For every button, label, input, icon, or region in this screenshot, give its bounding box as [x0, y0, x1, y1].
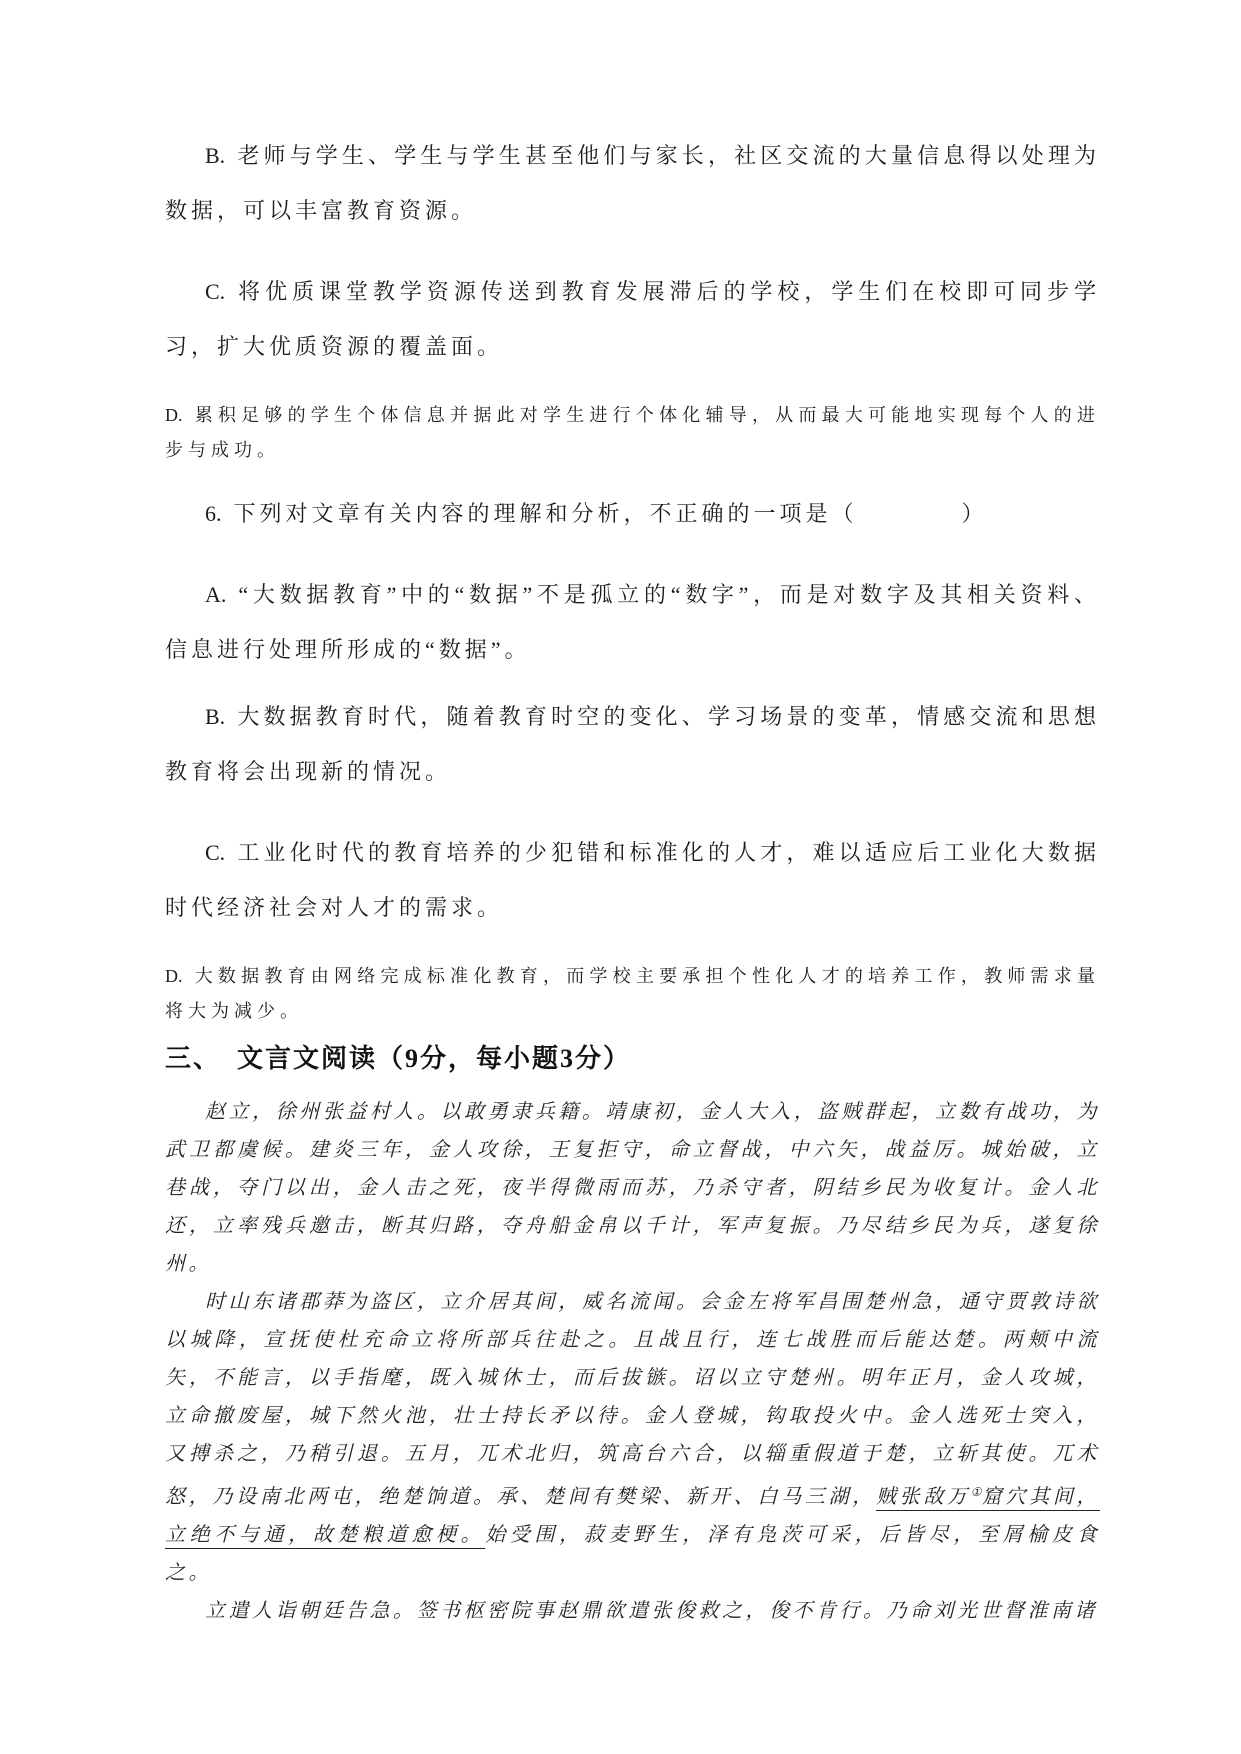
q6-option-d: D.大数据教育由网络完成标准化教育，而学校主要承担个性化人才的培养工作，教师需求… [165, 959, 1100, 1029]
section-number: 三、 [165, 1044, 221, 1073]
passage-paragraph-3: 立遣人诣朝廷告急。签书枢密院事赵鼎欲遣张俊救之，俊不肯行。乃命刘光世督淮南诸 [165, 1592, 1100, 1630]
option-label: D. [165, 405, 183, 425]
passage-paragraph-1: 赵立，徐州张益村人。以敢勇隶兵籍。靖康初，金人大入，盗贼群起，立数有战功，为武卫… [165, 1093, 1100, 1283]
q5-option-d: D.累积足够的学生个体信息并据此对学生进行个体化辅导，从而最大可能地实现每个人的… [165, 398, 1100, 468]
q5-option-b: B.老师与学生、学生与学生甚至他们与家长，社区交流的大量信息得以处理为数据，可以… [165, 128, 1100, 238]
question-stem-text: 下列对文章有关内容的理解和分析，不正确的一项是（ ） [234, 501, 988, 526]
option-label: A. [205, 582, 226, 607]
section-title: 文言文阅读（9分，每小题3分） [237, 1044, 631, 1073]
option-label: C. [205, 279, 225, 304]
option-text: 将优质课堂教学资源传送到教育发展滞后的学校，学生们在校即可同步学习，扩大优质资源… [165, 279, 1100, 359]
option-text: 大数据教育由网络完成标准化教育，而学校主要承担个性化人才的培养工作，教师需求量将… [165, 966, 1100, 1021]
q6-option-c: C.工业化时代的教育培养的少犯错和标准化的人才，难以适应后工业化大数据时代经济社… [165, 825, 1100, 935]
q6-option-a: A.“大数据教育”中的“数据”不是孤立的“数字”，而是对数字及其相关资料、信息进… [165, 567, 1100, 677]
passage-paragraph-2: 时山东诸郡莽为盗区，立介居其间，威名流闻。会金左将军昌围楚州急，通守贾敦诗欲以城… [165, 1283, 1100, 1592]
option-label: C. [205, 840, 225, 865]
question-6-stem: 6.下列对文章有关内容的理解和分析，不正确的一项是（ ） [165, 486, 1100, 541]
question-number: 6. [205, 501, 222, 526]
option-label: B. [205, 704, 225, 729]
option-text: “大数据教育”中的“数据”不是孤立的“数字”，而是对数字及其相关资料、信息进行处… [165, 582, 1100, 662]
option-text: 大数据教育时代，随着教育时空的变化、学习场景的变革，情感交流和思想教育将会出现新… [165, 704, 1100, 784]
option-text: 老师与学生、学生与学生甚至他们与家长，社区交流的大量信息得以处理为数据，可以丰富… [165, 143, 1100, 223]
section-3-heading: 三、文言文阅读（9分，每小题3分） [165, 1037, 1100, 1081]
option-label: B. [205, 143, 225, 168]
underlined-text-1: 贼张敌万 [876, 1486, 971, 1508]
q6-option-b: B.大数据教育时代，随着教育时空的变化、学习场景的变革，情感交流和思想教育将会出… [165, 689, 1100, 799]
exam-page: B.老师与学生、学生与学生甚至他们与家长，社区交流的大量信息得以处理为数据，可以… [0, 0, 1241, 1754]
option-text: 工业化时代的教育培养的少犯错和标准化的人才，难以适应后工业化大数据时代经济社会对… [165, 840, 1100, 920]
option-label: D. [165, 966, 183, 986]
q5-option-c: C.将优质课堂教学资源传送到教育发展滞后的学校，学生们在校即可同步学习，扩大优质… [165, 264, 1100, 374]
footnote-1-marker: ① [971, 1485, 982, 1499]
passage-text: 时山东诸郡莽为盗区，立介居其间，威名流闻。会金左将军昌围楚州急，通守贾敦诗欲以城… [165, 1291, 1100, 1508]
option-text: 累积足够的学生个体信息并据此对学生进行个体化辅导，从而最大可能地实现每个人的进步… [165, 405, 1100, 460]
